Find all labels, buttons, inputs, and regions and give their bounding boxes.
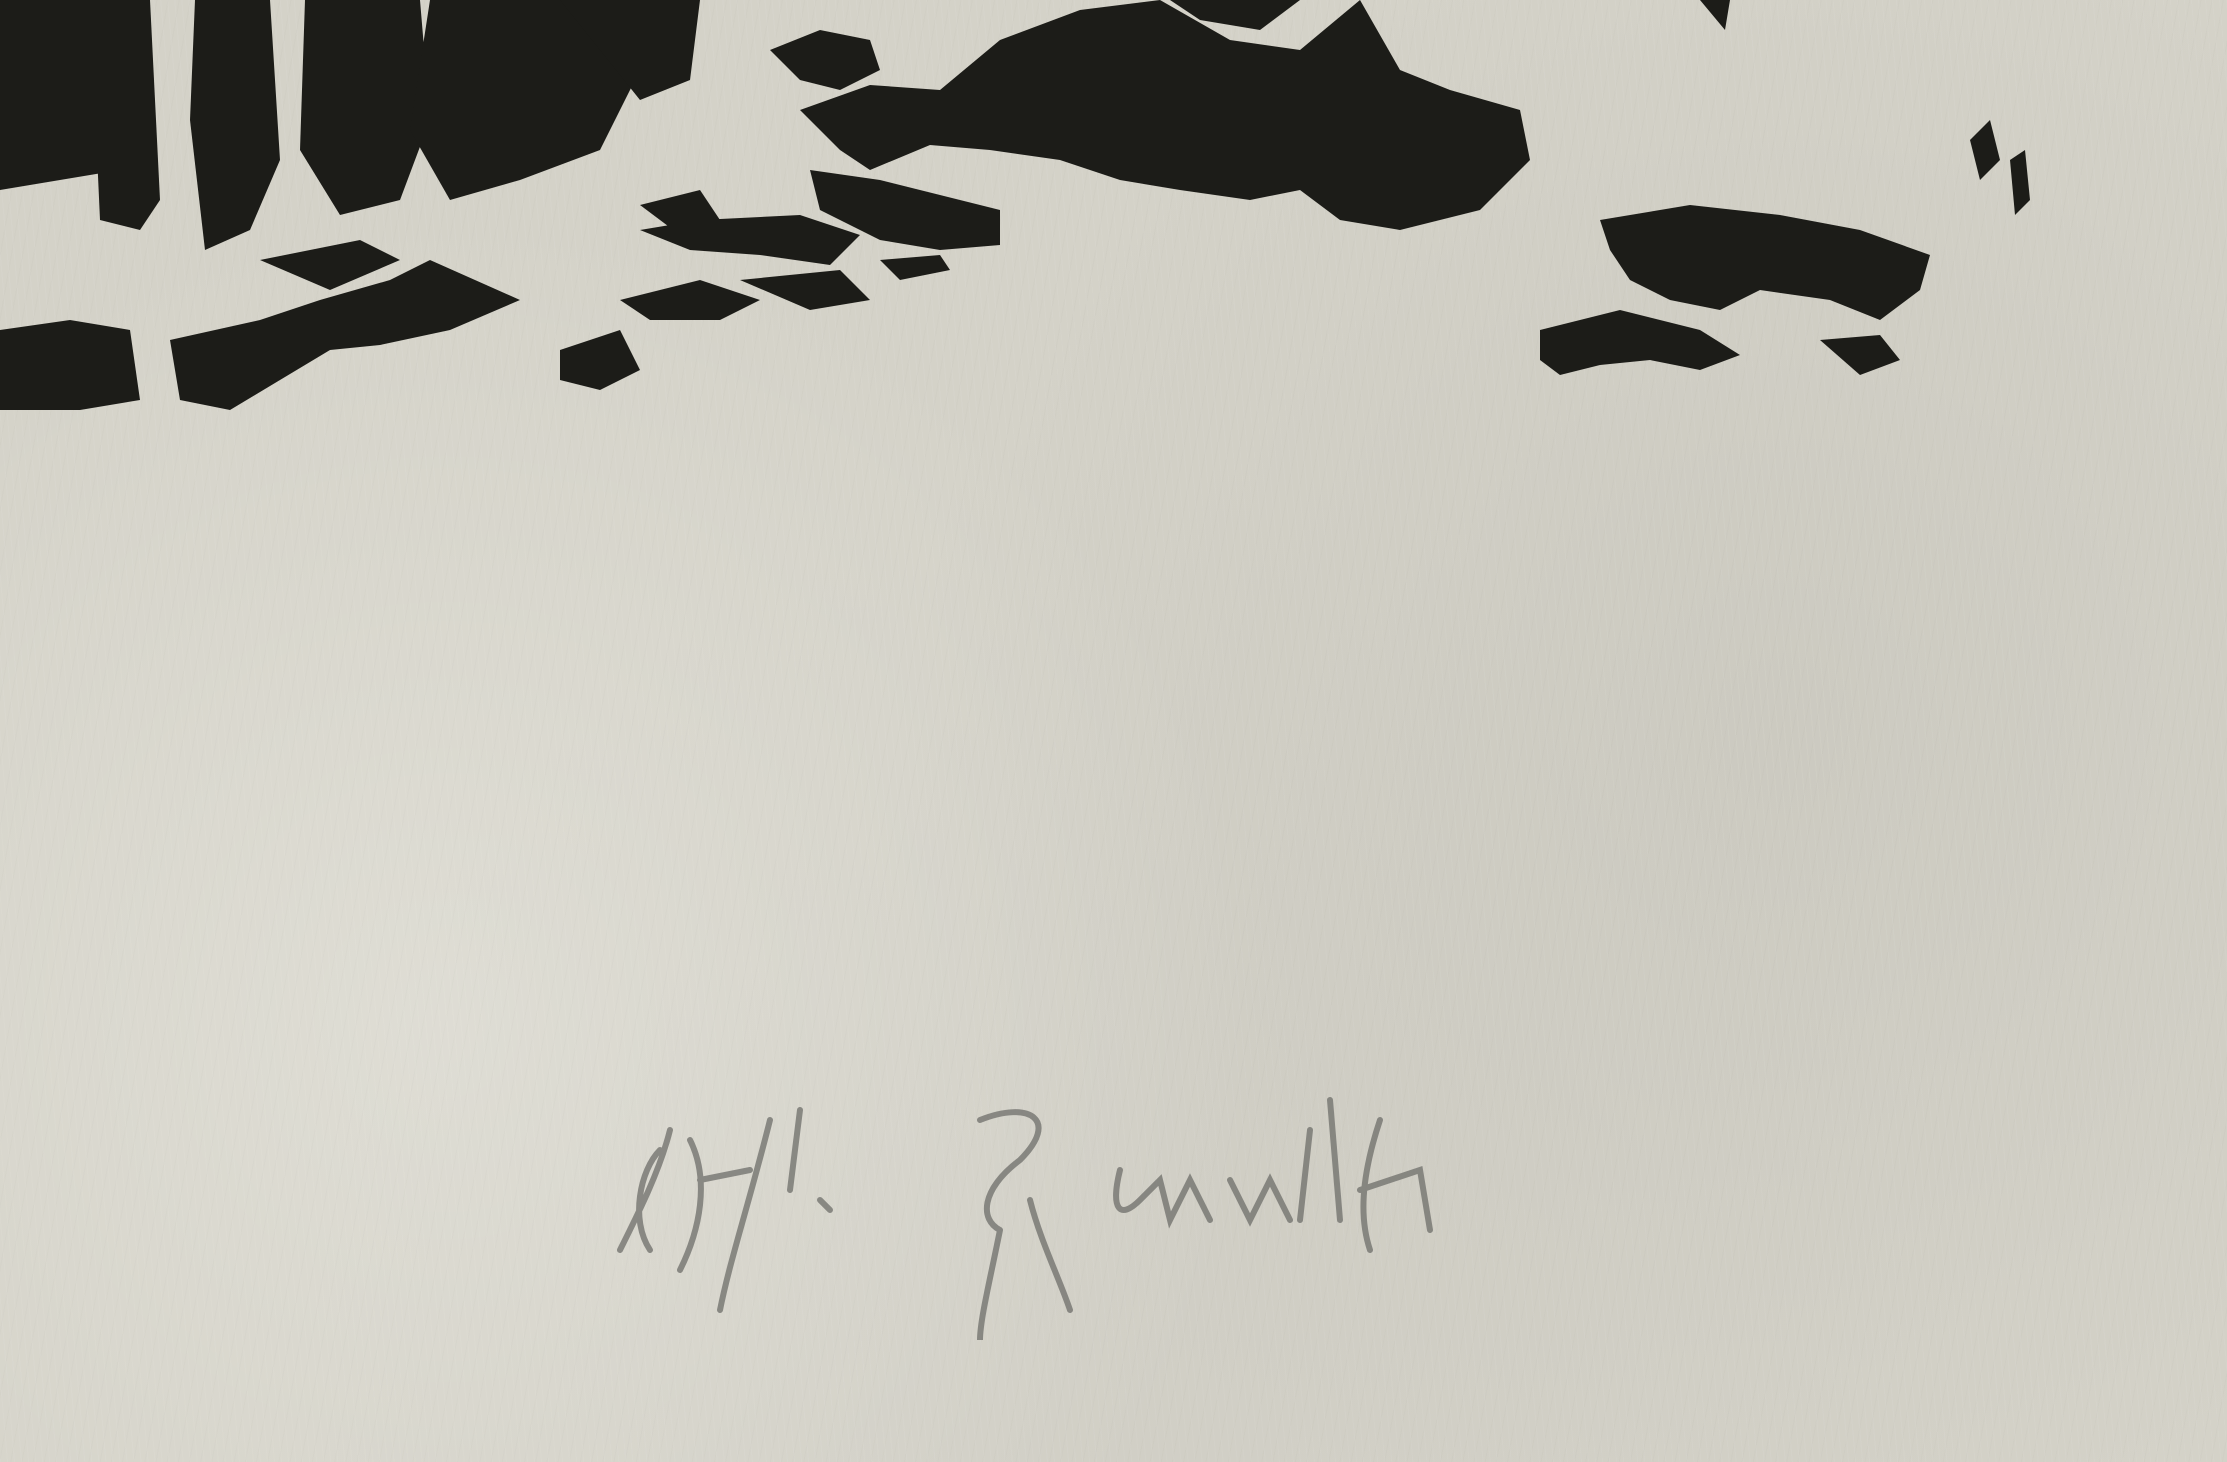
- pencil-signature: Chr. Rh. Schmidt: [600, 1080, 1930, 1340]
- signature-strokes: [600, 1080, 1930, 1340]
